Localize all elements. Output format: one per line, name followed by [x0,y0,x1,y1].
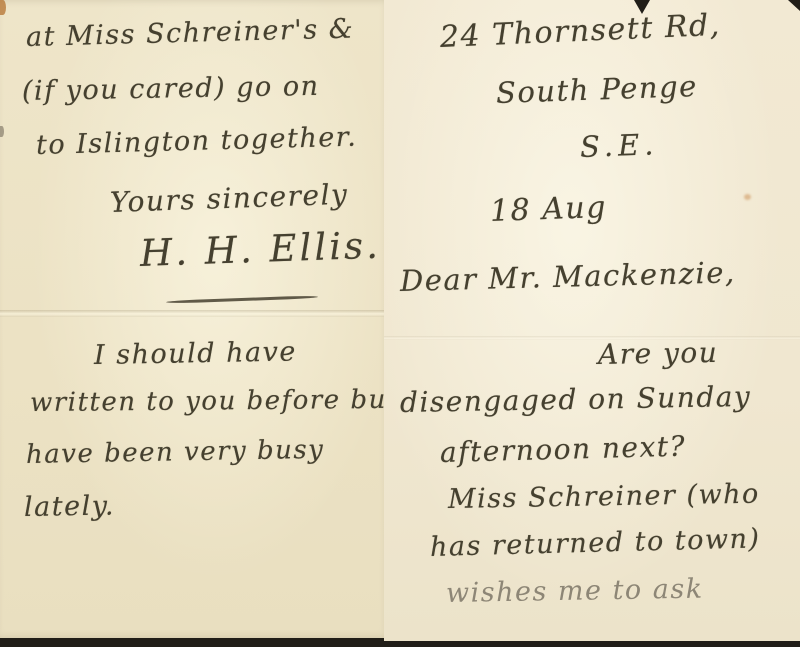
letter-body-line: disengaged on Sunday [400,380,752,419]
salutation: Dear Mr. Mackenzie, [400,255,736,298]
letter-body-line: Are you [598,336,719,371]
paper-edge-nick [0,126,4,137]
letter-page-right: 24 Thornsett Rd, South Penge S.E. 18 Aug… [384,0,800,641]
sender-address-line: South Penge [495,69,698,110]
paper-stain [0,0,6,15]
letter-body-line: wishes me to ask [446,574,704,609]
sender-address-line: S.E. [579,127,659,164]
postscript-line: have been very busy [26,435,325,470]
letter-date: 18 Aug [489,190,607,229]
sender-address-line: 24 Thornsett Rd, [439,8,721,55]
postscript-line: written to you before but [30,385,399,418]
signature-flourish-underline [166,295,318,303]
signature: H. H. Ellis. [139,224,381,275]
letter-body-line: (if you cared) go on [22,71,320,107]
letter-body-line: has returned to town) [430,523,761,563]
postscript-line: I should have [94,336,297,371]
letter-page-left: at Miss Schreiner's & (if you cared) go … [0,0,391,638]
postscript-line: lately. [24,490,115,523]
letter-body-line: at Miss Schreiner's & [26,13,355,53]
letter-body-line: afternoon next? [440,430,687,469]
fold-crease [384,336,800,340]
letter-body-line: to Islington together. [36,122,358,161]
letter-body-line: Miss Schreiner (who [448,479,760,515]
foxing-spot [744,194,751,200]
letter-closing: Yours sincerely [109,178,348,219]
fold-crease [0,310,391,317]
